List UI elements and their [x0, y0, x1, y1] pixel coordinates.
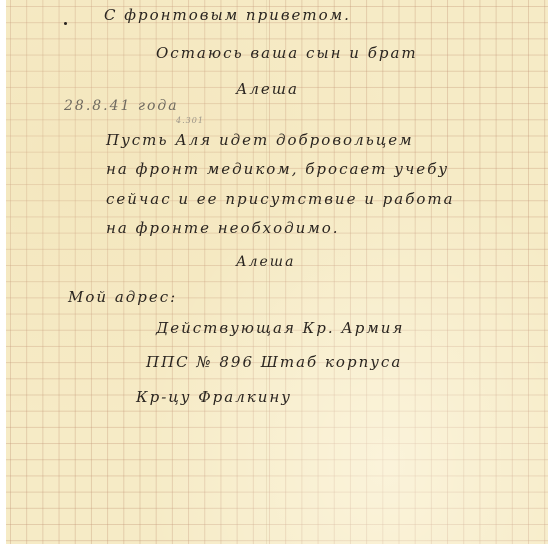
- graph-paper-sheet: С фронтовым приветом. Остаюсь ваша сын и…: [6, 0, 548, 544]
- signature-first: Алеша: [236, 80, 299, 98]
- signature-second: Алеша: [236, 254, 295, 270]
- date-line: 28.8.41 года: [64, 98, 179, 114]
- postscript-line-2: на фронт медиком, бросает учебу: [106, 160, 449, 178]
- address-heading: Мой адрес:: [68, 288, 177, 306]
- postscript-line-3: сейчас и ее присутствие и работа: [106, 190, 455, 208]
- ink-dot: [64, 22, 67, 25]
- postscript-line-4: на фронте необходимо.: [106, 219, 340, 237]
- address-line-1: Действующая Кр. Армия: [156, 319, 404, 337]
- closing-signoff: Остаюсь ваша сын и брат: [156, 44, 418, 62]
- address-line-2: ППС № 896 Штаб корпуса: [146, 353, 402, 371]
- closing-greeting: С фронтовым приветом.: [104, 6, 351, 24]
- postscript-line-1: Пусть Аля идет добровольцем: [106, 131, 414, 149]
- address-line-3: Кр-цу Фралкину: [136, 388, 292, 406]
- pencil-annotation: 4.301: [176, 116, 204, 125]
